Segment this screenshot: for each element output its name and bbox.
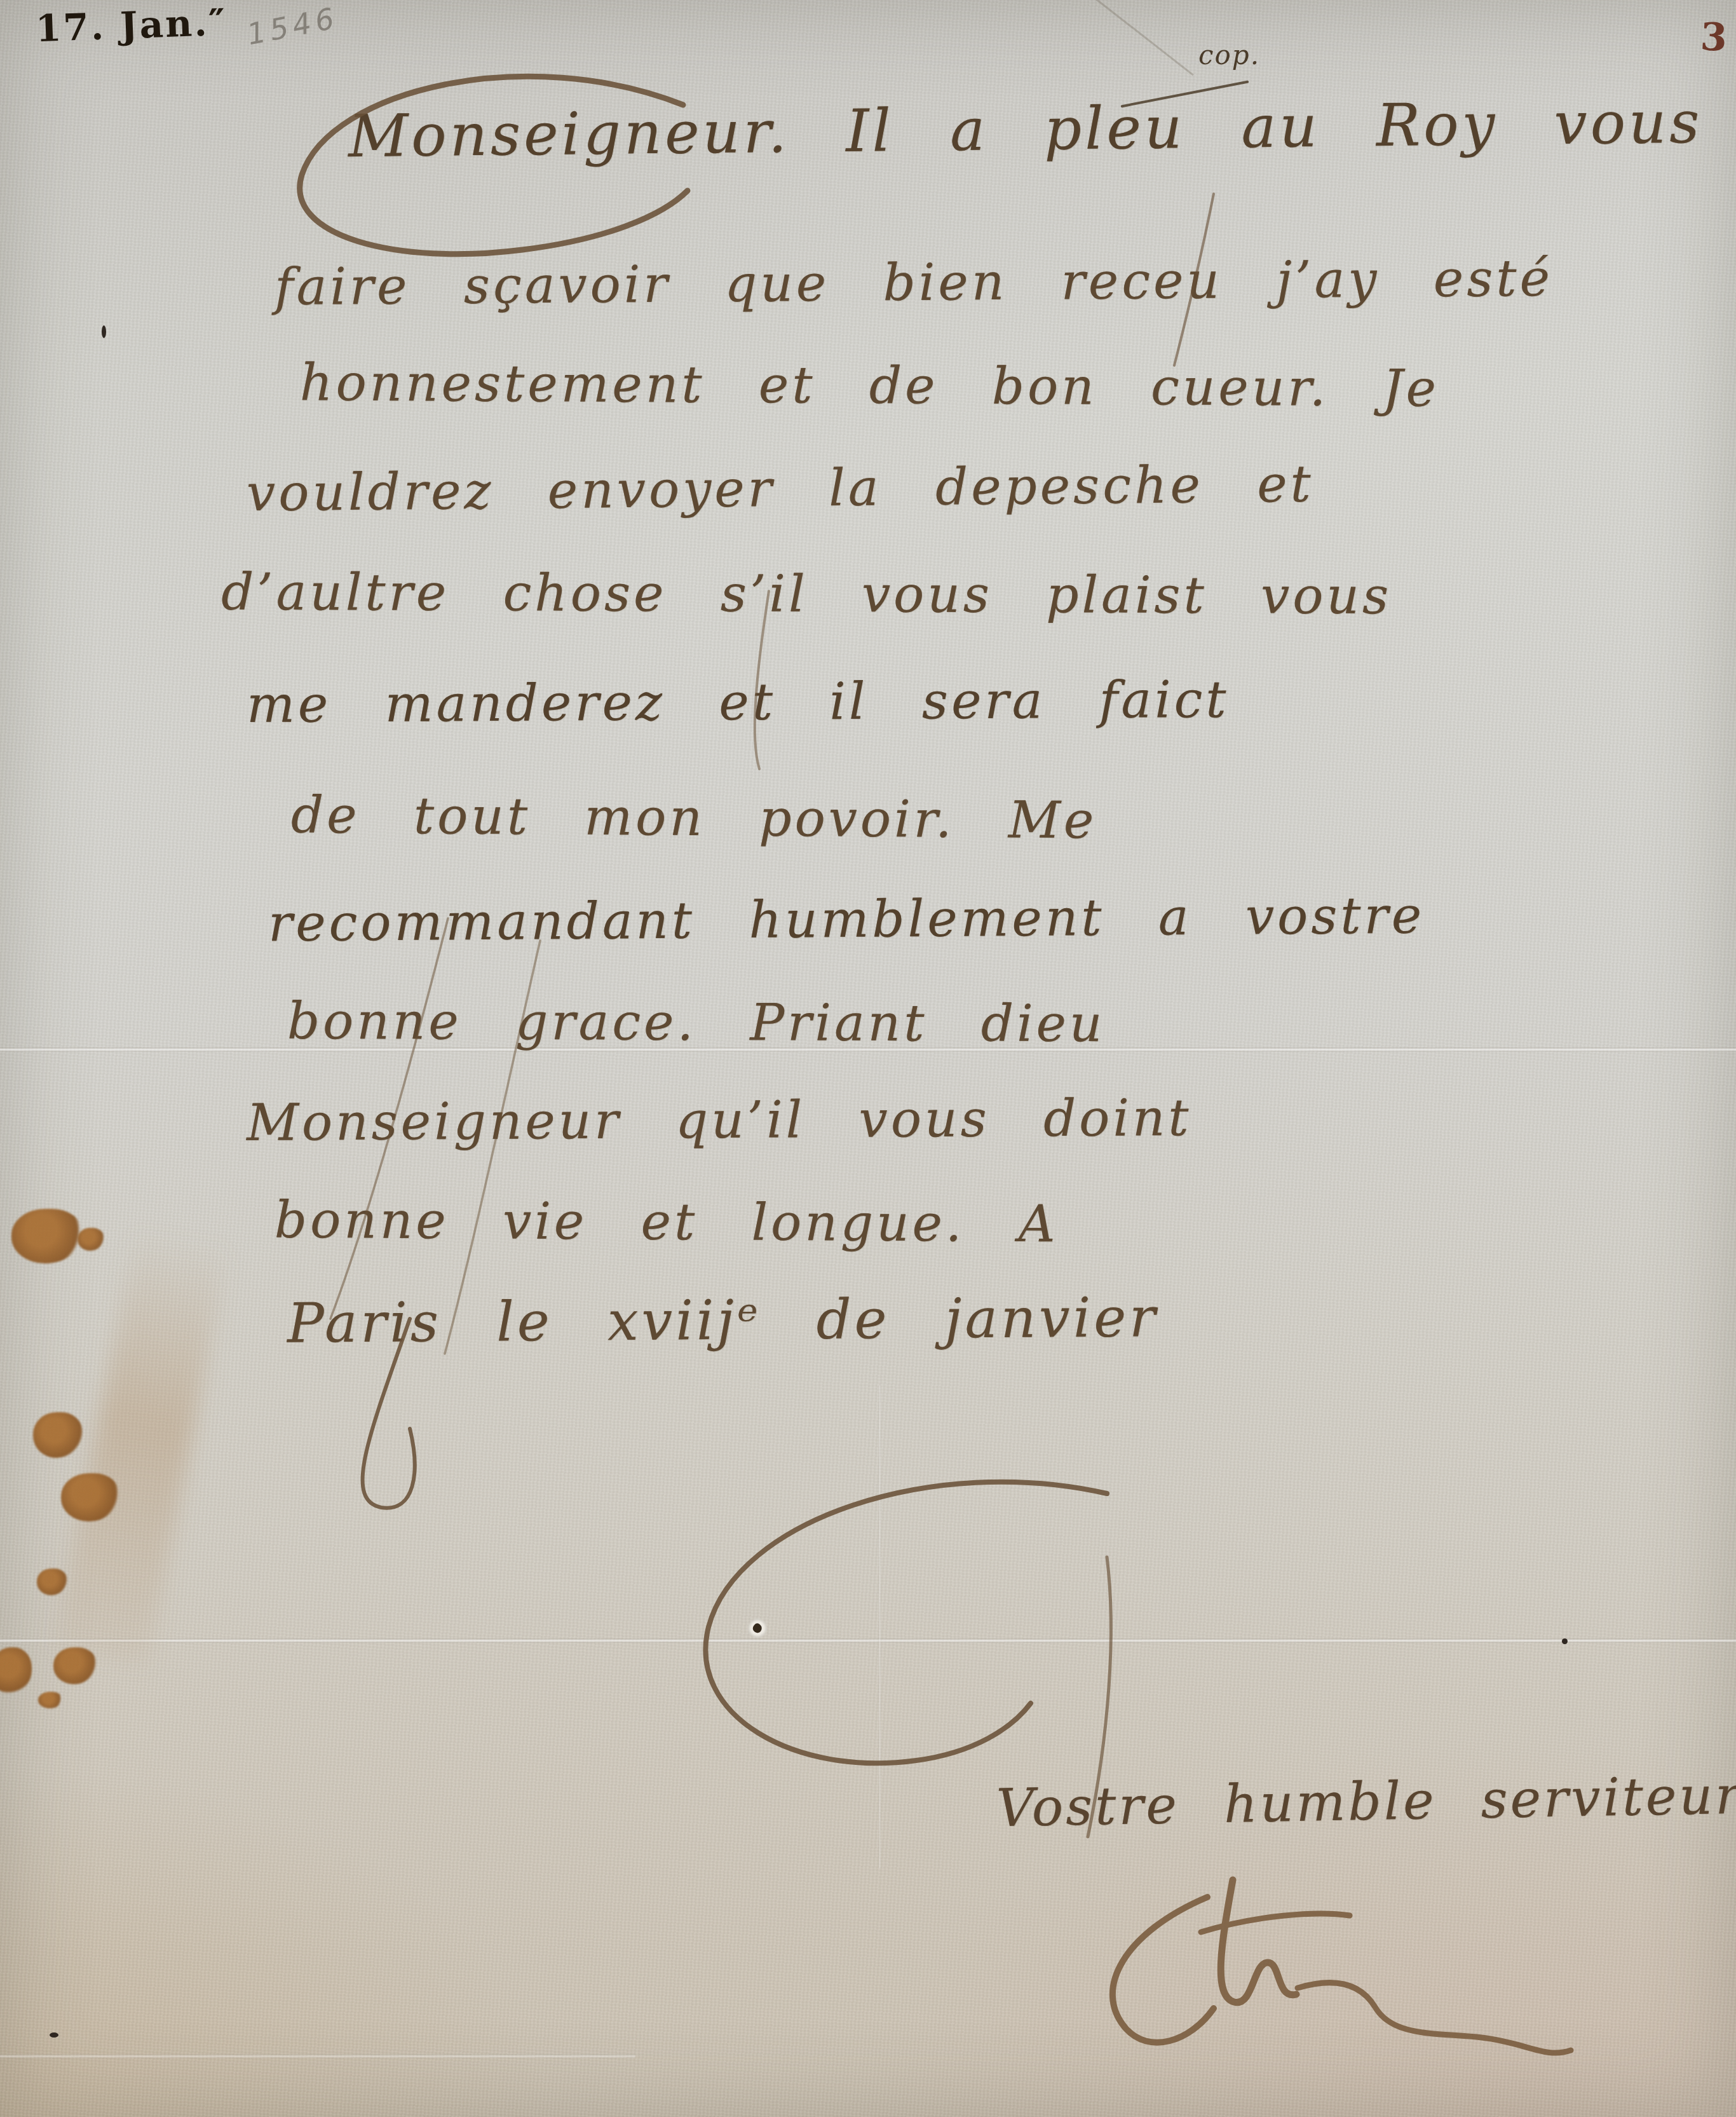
ink-stain <box>53 1647 97 1684</box>
ink-stain <box>38 1692 62 1708</box>
pencil-year-annotation: 1546 <box>244 1 341 52</box>
ink-stain <box>0 1647 32 1694</box>
letter-line: d’aultre chose s’il vous plaist vous <box>221 562 1392 625</box>
ink-stain <box>11 1209 83 1263</box>
fold-crease-lower <box>0 1638 1736 1643</box>
letter-line: vouldrez envoyer la depesche et <box>247 454 1314 523</box>
ink-stain <box>37 1569 67 1595</box>
crease-diagonal-top <box>1087 0 1193 76</box>
letter-line: recommandant humblement a vostre <box>268 886 1425 953</box>
stain-smear <box>54 1225 230 1667</box>
ink-stain <box>78 1228 104 1251</box>
paper-speck <box>102 325 106 338</box>
page-number: 3 <box>1699 15 1728 60</box>
letter-line: faire sçavoir que bien receu j’ay esté <box>275 248 1553 317</box>
ink-stain <box>33 1412 83 1458</box>
letter-line: bonne grace. Priant dieu <box>287 991 1106 1053</box>
paper-hole <box>747 1618 768 1638</box>
letter-line: Monseigneur qu’il vous doint <box>247 1088 1192 1152</box>
signature-paraph <box>1113 1880 1571 2053</box>
closing-line: Vostre humble serviteur <box>996 1766 1736 1839</box>
letter-line: Paris le xviijᵉ de janvier <box>287 1286 1159 1356</box>
fold-crease-bottom <box>0 2054 635 2059</box>
letter-line: bonne vie et longue. A <box>275 1190 1059 1253</box>
date-annotation: 17. Jan.″ <box>35 1 228 50</box>
manuscript-letter-photo: 17. Jan.″ 1546 cop. 3 Monseigneur. Il a … <box>0 0 1736 2117</box>
letter-line: de tout mon povoir. Me <box>291 786 1097 850</box>
paper-speck <box>50 2032 58 2038</box>
letter-line: Monseigneur. Il a pleu au Roy vous <box>348 88 1703 170</box>
fold-crease-vertical <box>878 1385 881 1869</box>
letter-line: honnestement et de bon cueur. Je <box>300 353 1440 418</box>
paper-speck <box>1562 1638 1568 1644</box>
letter-line: me manderez et il sera faict <box>247 670 1230 734</box>
copy-mark-annotation: cop. <box>1198 39 1260 71</box>
